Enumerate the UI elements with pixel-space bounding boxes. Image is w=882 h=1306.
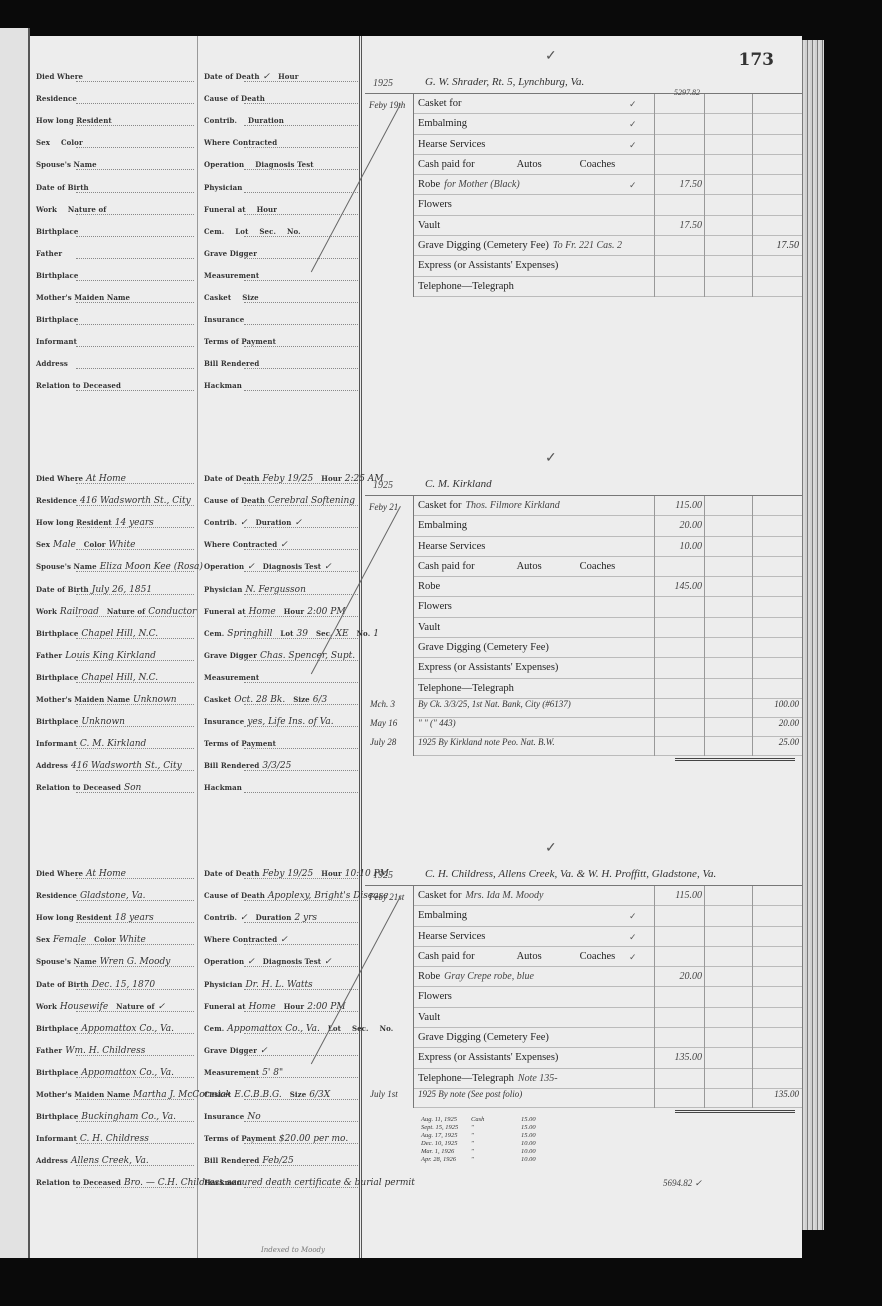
check-icon: ✓: [629, 906, 637, 926]
field-label: Father: [36, 1046, 62, 1055]
field-underline: [244, 594, 358, 595]
ledger-item-row: Express (or Assistants' Expenses): [414, 658, 802, 678]
item-note: To Fr. 221 Cas. 2: [553, 240, 622, 251]
amount-column-rule: [704, 496, 705, 756]
check-icon: ✓: [629, 175, 637, 195]
ledger-item-row: Flowers: [414, 597, 802, 617]
field-label: Relation to Deceased: [36, 381, 121, 390]
field-label: Casket: [204, 293, 231, 302]
form-field-physician: Physician: [204, 183, 245, 193]
field-label: Diagnosis Test: [255, 160, 313, 169]
amount-column-rule: [654, 886, 655, 1108]
field-label: Cem.: [204, 629, 224, 638]
item-note: for Mother (Black): [444, 179, 520, 190]
field-label: Physician: [204, 980, 242, 989]
field-underline: [244, 638, 358, 639]
installment-type: ": [471, 1156, 521, 1164]
field-label: Contrib.: [204, 913, 237, 922]
ledger-item-row: Telephone—Telegraph: [414, 679, 802, 699]
field-label: Sec.: [259, 227, 276, 236]
field-underline: [76, 125, 194, 126]
ledger-item-row: Embalming20.00: [414, 516, 802, 536]
installment-date: Sept. 15, 1925: [421, 1124, 471, 1132]
field-underline: [244, 660, 358, 661]
installment-amount: 15.00: [521, 1124, 571, 1132]
field-label: Date of Birth: [36, 585, 89, 594]
field-underline: [244, 527, 358, 528]
field-underline: [76, 989, 194, 990]
item-label: Robe: [418, 179, 440, 190]
field-underline: [244, 989, 358, 990]
ledger-item-row: Telephone—TelegraphNote 135-: [414, 1069, 802, 1089]
field-underline: [76, 1143, 194, 1144]
installment-date: Apr. 28, 1926: [421, 1156, 471, 1164]
field-label: Measurement: [204, 673, 259, 682]
item-label: Embalming: [418, 520, 467, 531]
payment-row: July 1st1925 By note (See post folio)135…: [414, 1089, 802, 1108]
field-underline: [244, 549, 358, 550]
field-underline: [76, 748, 194, 749]
payment-amount: 135.00: [754, 1089, 799, 1099]
field-label: Address: [36, 1156, 68, 1165]
item-note: Mrs. Ida M. Moody: [465, 890, 543, 901]
field-underline: [76, 1011, 194, 1012]
ledger-item-row: Cash paid forAutosCoaches✓: [414, 947, 802, 967]
field-label: Measurement: [204, 1068, 259, 1077]
field-underline: [76, 1033, 194, 1034]
field-label: Mother's Maiden Name: [36, 695, 130, 704]
item-label: Express (or Assistants' Expenses): [418, 1052, 558, 1063]
ledger-item-row: Vault: [414, 1008, 802, 1028]
item-label: Hearse Services: [418, 541, 485, 552]
entry-payer: C. H. Childress, Allens Creek, Va. & W. …: [425, 868, 716, 880]
installment-row: Apr. 28, 1926"10.00: [421, 1156, 571, 1164]
check-icon: ✓: [545, 450, 557, 467]
amount-column-rule: [654, 496, 655, 756]
payment-date: May 16: [370, 718, 414, 728]
ledger-item-row: Cash paid forAutosCoaches: [414, 155, 802, 175]
installment-list: Aug. 11, 1925Cash15.00Sept. 15, 1925"15.…: [421, 1116, 571, 1164]
form-field-address: Address: [36, 359, 71, 369]
field-underline: [76, 483, 194, 484]
field-underline: [244, 147, 358, 148]
page-number: 173: [739, 50, 775, 70]
field-label: Hour: [284, 1002, 304, 1011]
field-label: Cem.: [204, 227, 224, 236]
field-underline: [244, 324, 358, 325]
installment-date: Mar. 1, 1926: [421, 1148, 471, 1156]
entry-year: 1925: [373, 78, 393, 89]
field-label: Mother's Maiden Name: [36, 293, 130, 302]
field-label: Duration: [256, 518, 292, 527]
previous-page-edge: [0, 28, 30, 1258]
item-label: Grave Digging (Cemetery Fee): [418, 240, 549, 251]
field-underline: [244, 81, 358, 82]
field-underline: [76, 1187, 194, 1188]
amount-column-rule: [704, 886, 705, 1108]
field-label: How long Resident: [36, 913, 112, 922]
ledger-item-row: Telephone—Telegraph: [414, 277, 802, 297]
field-label: Birthplace: [36, 673, 78, 682]
field-label: Insurance: [204, 315, 244, 324]
field-label: Lot: [280, 629, 293, 638]
field-label: Cause of Death: [204, 94, 265, 103]
item-amount: 17.50: [652, 216, 702, 236]
form-field-birthplace: Birthplace: [36, 227, 81, 237]
field-underline: [76, 792, 194, 793]
field-label: Size: [242, 293, 259, 302]
field-underline: [244, 682, 358, 683]
field-label: Birthplace: [36, 629, 78, 638]
entry-date: Feby 21: [369, 502, 398, 512]
item-amount: 10.00: [652, 537, 702, 557]
indexed-note: Indexed to Moody: [261, 1246, 325, 1254]
field-label: Lot: [235, 227, 248, 236]
installment-row: Sept. 15, 1925"15.00: [421, 1124, 571, 1132]
field-underline: [244, 368, 358, 369]
field-label: Relation to Deceased: [36, 1178, 121, 1187]
field-underline: [76, 704, 194, 705]
payment-text: 1925 By Kirkland note Peo. Nat. B.W.: [418, 737, 555, 747]
field-underline: [244, 258, 358, 259]
field-label: Funeral at: [204, 1002, 246, 1011]
ledger-item-row: Casket forMrs. Ida M. Moody115.00: [414, 886, 802, 906]
field-underline: [76, 1099, 194, 1100]
field-label: Spouse's Name: [36, 160, 97, 169]
installment-type: Cash: [471, 1116, 521, 1124]
item-label: Casket for: [418, 890, 461, 901]
field-label: Bill Rendered: [204, 1156, 259, 1165]
entry-payer: G. W. Shrader, Rt. 5, Lynchburg, Va.: [425, 76, 584, 88]
field-underline: [244, 1055, 358, 1056]
check-icon: ✓: [629, 94, 637, 114]
field-label: Cause of Death: [204, 496, 265, 505]
field-underline: [76, 236, 194, 237]
form-field-mother_birthplace: Birthplace: [36, 315, 81, 325]
form-field-insurance: Insurance: [204, 315, 247, 325]
ledger-item-row: Grave Digging (Cemetery Fee)To Fr. 221 C…: [414, 236, 802, 256]
cash-coaches-label: Coaches: [580, 951, 616, 962]
account-ledger: 173 1925G. W. Shrader, Rt. 5, Lynchburg,…: [365, 36, 802, 1258]
installment-row: Aug. 17, 1925"15.00: [421, 1132, 571, 1140]
ledger-items: Casket for✓Embalming✓Hearse Services✓Cas…: [413, 94, 802, 297]
field-underline: [76, 1055, 194, 1056]
installment-row: Mar. 1, 1926"10.00: [421, 1148, 571, 1156]
item-label: Casket for: [418, 500, 461, 511]
field-label: Terms of Payment: [204, 739, 276, 748]
cash-autos-label: Autos: [517, 159, 542, 170]
item-amount-total: 17.50: [754, 236, 799, 256]
field-label: Residence: [36, 891, 77, 900]
field-label: Sex: [36, 138, 50, 147]
payment-row: Mch. 3By Ck. 3/3/25, 1st Nat. Bank, City…: [414, 699, 802, 718]
item-label: Express (or Assistants' Expenses): [418, 260, 558, 271]
field-label: Cem.: [204, 1024, 224, 1033]
entry-payer: C. M. Kirkland: [425, 478, 492, 490]
entry-header: 1925C. M. Kirkland: [365, 476, 802, 496]
item-label: Vault: [418, 220, 440, 231]
payment-text: " " (" 443): [418, 718, 456, 728]
field-underline: [244, 944, 358, 945]
field-label: Terms of Payment: [204, 337, 276, 346]
field-underline: [76, 616, 194, 617]
item-label: Hearse Services: [418, 931, 485, 942]
ledger-item-row: Hearse Services✓: [414, 927, 802, 947]
field-label: Father: [36, 651, 62, 660]
item-label: Hearse Services: [418, 139, 485, 150]
ledger-item-row: Vault17.50: [414, 216, 802, 236]
installment-amount: 15.00: [521, 1132, 571, 1140]
item-label: Robe: [418, 581, 440, 592]
ledger-item-row: Grave Digging (Cemetery Fee): [414, 638, 802, 658]
field-underline: [76, 1077, 194, 1078]
field-label: Date of Birth: [36, 980, 89, 989]
field-label: Where Contracted: [204, 935, 277, 944]
field-underline: [76, 147, 194, 148]
payment-text: By Ck. 3/3/25, 1st Nat. Bank, City (#613…: [418, 699, 571, 709]
payment-date: July 28: [370, 737, 414, 747]
ledger-page: 173 1925G. W. Shrader, Rt. 5, Lynchburg,…: [30, 36, 802, 1258]
item-amount: 17.50: [652, 175, 702, 195]
field-underline: [244, 1187, 358, 1188]
item-label: Cash paid for: [418, 951, 475, 962]
field-underline: [76, 571, 194, 572]
ledger-item-row: Robe145.00: [414, 577, 802, 597]
field-label: Insurance: [204, 717, 244, 726]
field-underline: [244, 125, 358, 126]
field-label: Duration: [248, 116, 284, 125]
installment-date: Dec. 10, 1925: [421, 1140, 471, 1148]
field-underline: [244, 1143, 358, 1144]
cash-autos-label: Autos: [517, 561, 542, 572]
cash-coaches-label: Coaches: [580, 159, 616, 170]
field-label: Physician: [204, 585, 242, 594]
field-underline: [244, 483, 358, 484]
field-label: Work: [36, 607, 57, 616]
form-field-informant: Informant: [36, 337, 80, 347]
field-label: Father: [36, 249, 62, 258]
field-underline: [76, 1165, 194, 1166]
field-underline: [76, 302, 194, 303]
field-label: No.: [380, 1024, 394, 1033]
ledger-item-row: Grave Digging (Cemetery Fee): [414, 1028, 802, 1048]
field-label: Physician: [204, 183, 242, 192]
item-label: Grave Digging (Cemetery Fee): [418, 642, 549, 653]
field-underline: [76, 346, 194, 347]
field-label: Birthplace: [36, 271, 78, 280]
field-label: How long Resident: [36, 116, 112, 125]
field-underline: [76, 324, 194, 325]
field-underline: [76, 527, 194, 528]
field-underline: [244, 1121, 358, 1122]
field-label: Operation: [204, 160, 244, 169]
field-underline: [244, 922, 358, 923]
field-underline: [244, 236, 358, 237]
field-label: Diagnosis Test: [263, 957, 321, 966]
field-underline: [244, 748, 358, 749]
field-label: Died Where: [36, 72, 83, 81]
payment-amount: 25.00: [754, 737, 799, 747]
field-label: Hour: [321, 474, 341, 483]
entry-header: 1925C. H. Childress, Allens Creek, Va. &…: [365, 866, 802, 886]
item-label: Flowers: [418, 601, 452, 612]
installment-amount: 10.00: [521, 1140, 571, 1148]
item-label: Casket for: [418, 98, 461, 109]
field-underline: [244, 390, 358, 391]
field-label: Died Where: [36, 474, 83, 483]
field-underline: [76, 638, 194, 639]
field-label: Funeral at: [204, 607, 246, 616]
field-label: Date of Death: [204, 474, 260, 483]
item-label: Telephone—Telegraph: [418, 281, 514, 292]
field-underline: [244, 280, 358, 281]
field-label: Contrib.: [204, 518, 237, 527]
item-label: Embalming: [418, 118, 467, 129]
field-label: Informant: [36, 337, 77, 346]
item-label: Telephone—Telegraph: [418, 683, 514, 694]
field-underline: [76, 505, 194, 506]
field-label: Casket: [204, 1090, 231, 1099]
item-amount: 115.00: [652, 886, 702, 906]
field-label: Color: [84, 540, 106, 549]
item-label: Cash paid for: [418, 159, 475, 170]
field-label: Date of Birth: [36, 183, 89, 192]
field-label: How long Resident: [36, 518, 112, 527]
check-icon: ✓: [629, 114, 637, 134]
ledger-item-row: Cash paid forAutosCoaches: [414, 557, 802, 577]
field-underline: [244, 966, 358, 967]
form-field-father: Father: [36, 249, 65, 259]
field-label: Birthplace: [36, 1024, 78, 1033]
field-underline: [244, 1011, 358, 1012]
check-icon: ✓: [629, 927, 637, 947]
ledger-item-row: Robefor Mother (Black)✓17.50: [414, 175, 802, 195]
ledger-item-row: Express (or Assistants' Expenses): [414, 256, 802, 276]
field-label: Spouse's Name: [36, 562, 97, 571]
field-label: No.: [357, 629, 371, 638]
field-label: Birthplace: [36, 315, 78, 324]
ledger-item-row: Casket forThos. Filmore Kirkland115.00: [414, 496, 802, 516]
field-underline: [244, 192, 358, 193]
installment-type: ": [471, 1148, 521, 1156]
installment-date: Aug. 11, 1925: [421, 1116, 471, 1124]
field-underline: [76, 368, 194, 369]
field-underline: [244, 103, 358, 104]
field-underline: [76, 81, 194, 82]
field-underline: [76, 169, 194, 170]
item-label: Flowers: [418, 991, 452, 1002]
item-label: Express (or Assistants' Expenses): [418, 662, 558, 673]
ledger-item-row: Vault: [414, 618, 802, 638]
field-label: No.: [287, 227, 301, 236]
field-underline: [244, 900, 358, 901]
field-underline: [76, 944, 194, 945]
field-label: Relation to Deceased: [36, 783, 121, 792]
field-underline: [76, 770, 194, 771]
field-label: Sex: [36, 540, 50, 549]
ledger-item-row: Hearse Services10.00: [414, 537, 802, 557]
amount-column-rule: [752, 886, 753, 1108]
field-label: Hackman: [204, 381, 242, 390]
field-label: Hour: [278, 72, 298, 81]
field-label: Where Contracted: [204, 138, 277, 147]
field-underline: [76, 682, 194, 683]
field-label: Grave Digger: [204, 651, 257, 660]
field-underline: [76, 922, 194, 923]
field-label: Size: [293, 695, 310, 704]
field-label: Bill Rendered: [204, 359, 259, 368]
item-label: Embalming: [418, 910, 467, 921]
ledger-items: Casket forThos. Filmore Kirkland115.00Em…: [413, 496, 802, 756]
field-label: Hour: [284, 607, 304, 616]
field-label: Date of Death: [204, 72, 260, 81]
amount-column-rule: [752, 94, 753, 297]
amount-column-rule: [654, 94, 655, 297]
field-label: Size: [290, 1090, 307, 1099]
ledger-item-row: Express (or Assistants' Expenses)135.00: [414, 1048, 802, 1068]
installment-type: ": [471, 1124, 521, 1132]
field-label: Informant: [36, 739, 77, 748]
item-note: Thos. Filmore Kirkland: [465, 500, 559, 511]
field-value-no: 1: [373, 629, 379, 639]
field-label: Nature of: [116, 1002, 154, 1011]
field-label: Mother's Maiden Name: [36, 1090, 130, 1099]
item-label: Grave Digging (Cemetery Fee): [418, 1032, 549, 1043]
field-underline: [76, 103, 194, 104]
installment-amount: 10.00: [521, 1148, 571, 1156]
field-underline: [76, 214, 194, 215]
form-field-residence: Residence: [36, 94, 80, 104]
amount-column-rule: [752, 496, 753, 756]
field-label: Funeral at: [204, 205, 246, 214]
field-label: Where Contracted: [204, 540, 277, 549]
total-double-rule: [675, 758, 795, 761]
field-underline: [244, 704, 358, 705]
item-label: Robe: [418, 971, 440, 982]
payment-amount: 100.00: [754, 699, 799, 709]
field-underline: [244, 792, 358, 793]
check-icon: ✓: [545, 48, 557, 65]
item-note: Note 135-: [518, 1073, 558, 1084]
field-label: Hour: [257, 205, 277, 214]
ledger-item-row: Flowers: [414, 195, 802, 215]
field-underline: [76, 726, 194, 727]
field-label: Cause of Death: [204, 891, 265, 900]
field-underline: [244, 770, 358, 771]
field-label: Operation: [204, 957, 244, 966]
field-label: Grave Digger: [204, 249, 257, 258]
field-underline: [244, 1099, 358, 1100]
field-underline: [244, 346, 358, 347]
field-label: Color: [61, 138, 83, 147]
ledger-items: Casket forMrs. Ida M. Moody115.00Embalmi…: [413, 886, 802, 1108]
field-label: Diagnosis Test: [263, 562, 321, 571]
installment-amount: 15.00: [521, 1116, 571, 1124]
item-amount: 20.00: [652, 516, 702, 536]
item-label: Vault: [418, 622, 440, 633]
item-amount: 135.00: [652, 1048, 702, 1068]
field-label: Work: [36, 1002, 57, 1011]
ledger-item-row: Hearse Services✓: [414, 135, 802, 155]
field-label: Work: [36, 205, 57, 214]
ledger-item-row: Embalming✓: [414, 906, 802, 926]
field-underline: [76, 549, 194, 550]
field-label: Nature of: [107, 607, 145, 616]
field-underline: [76, 660, 194, 661]
form-field-hackman: Hackman: [204, 783, 245, 793]
field-label: Date of Death: [204, 869, 260, 878]
installment-type: ": [471, 1140, 521, 1148]
